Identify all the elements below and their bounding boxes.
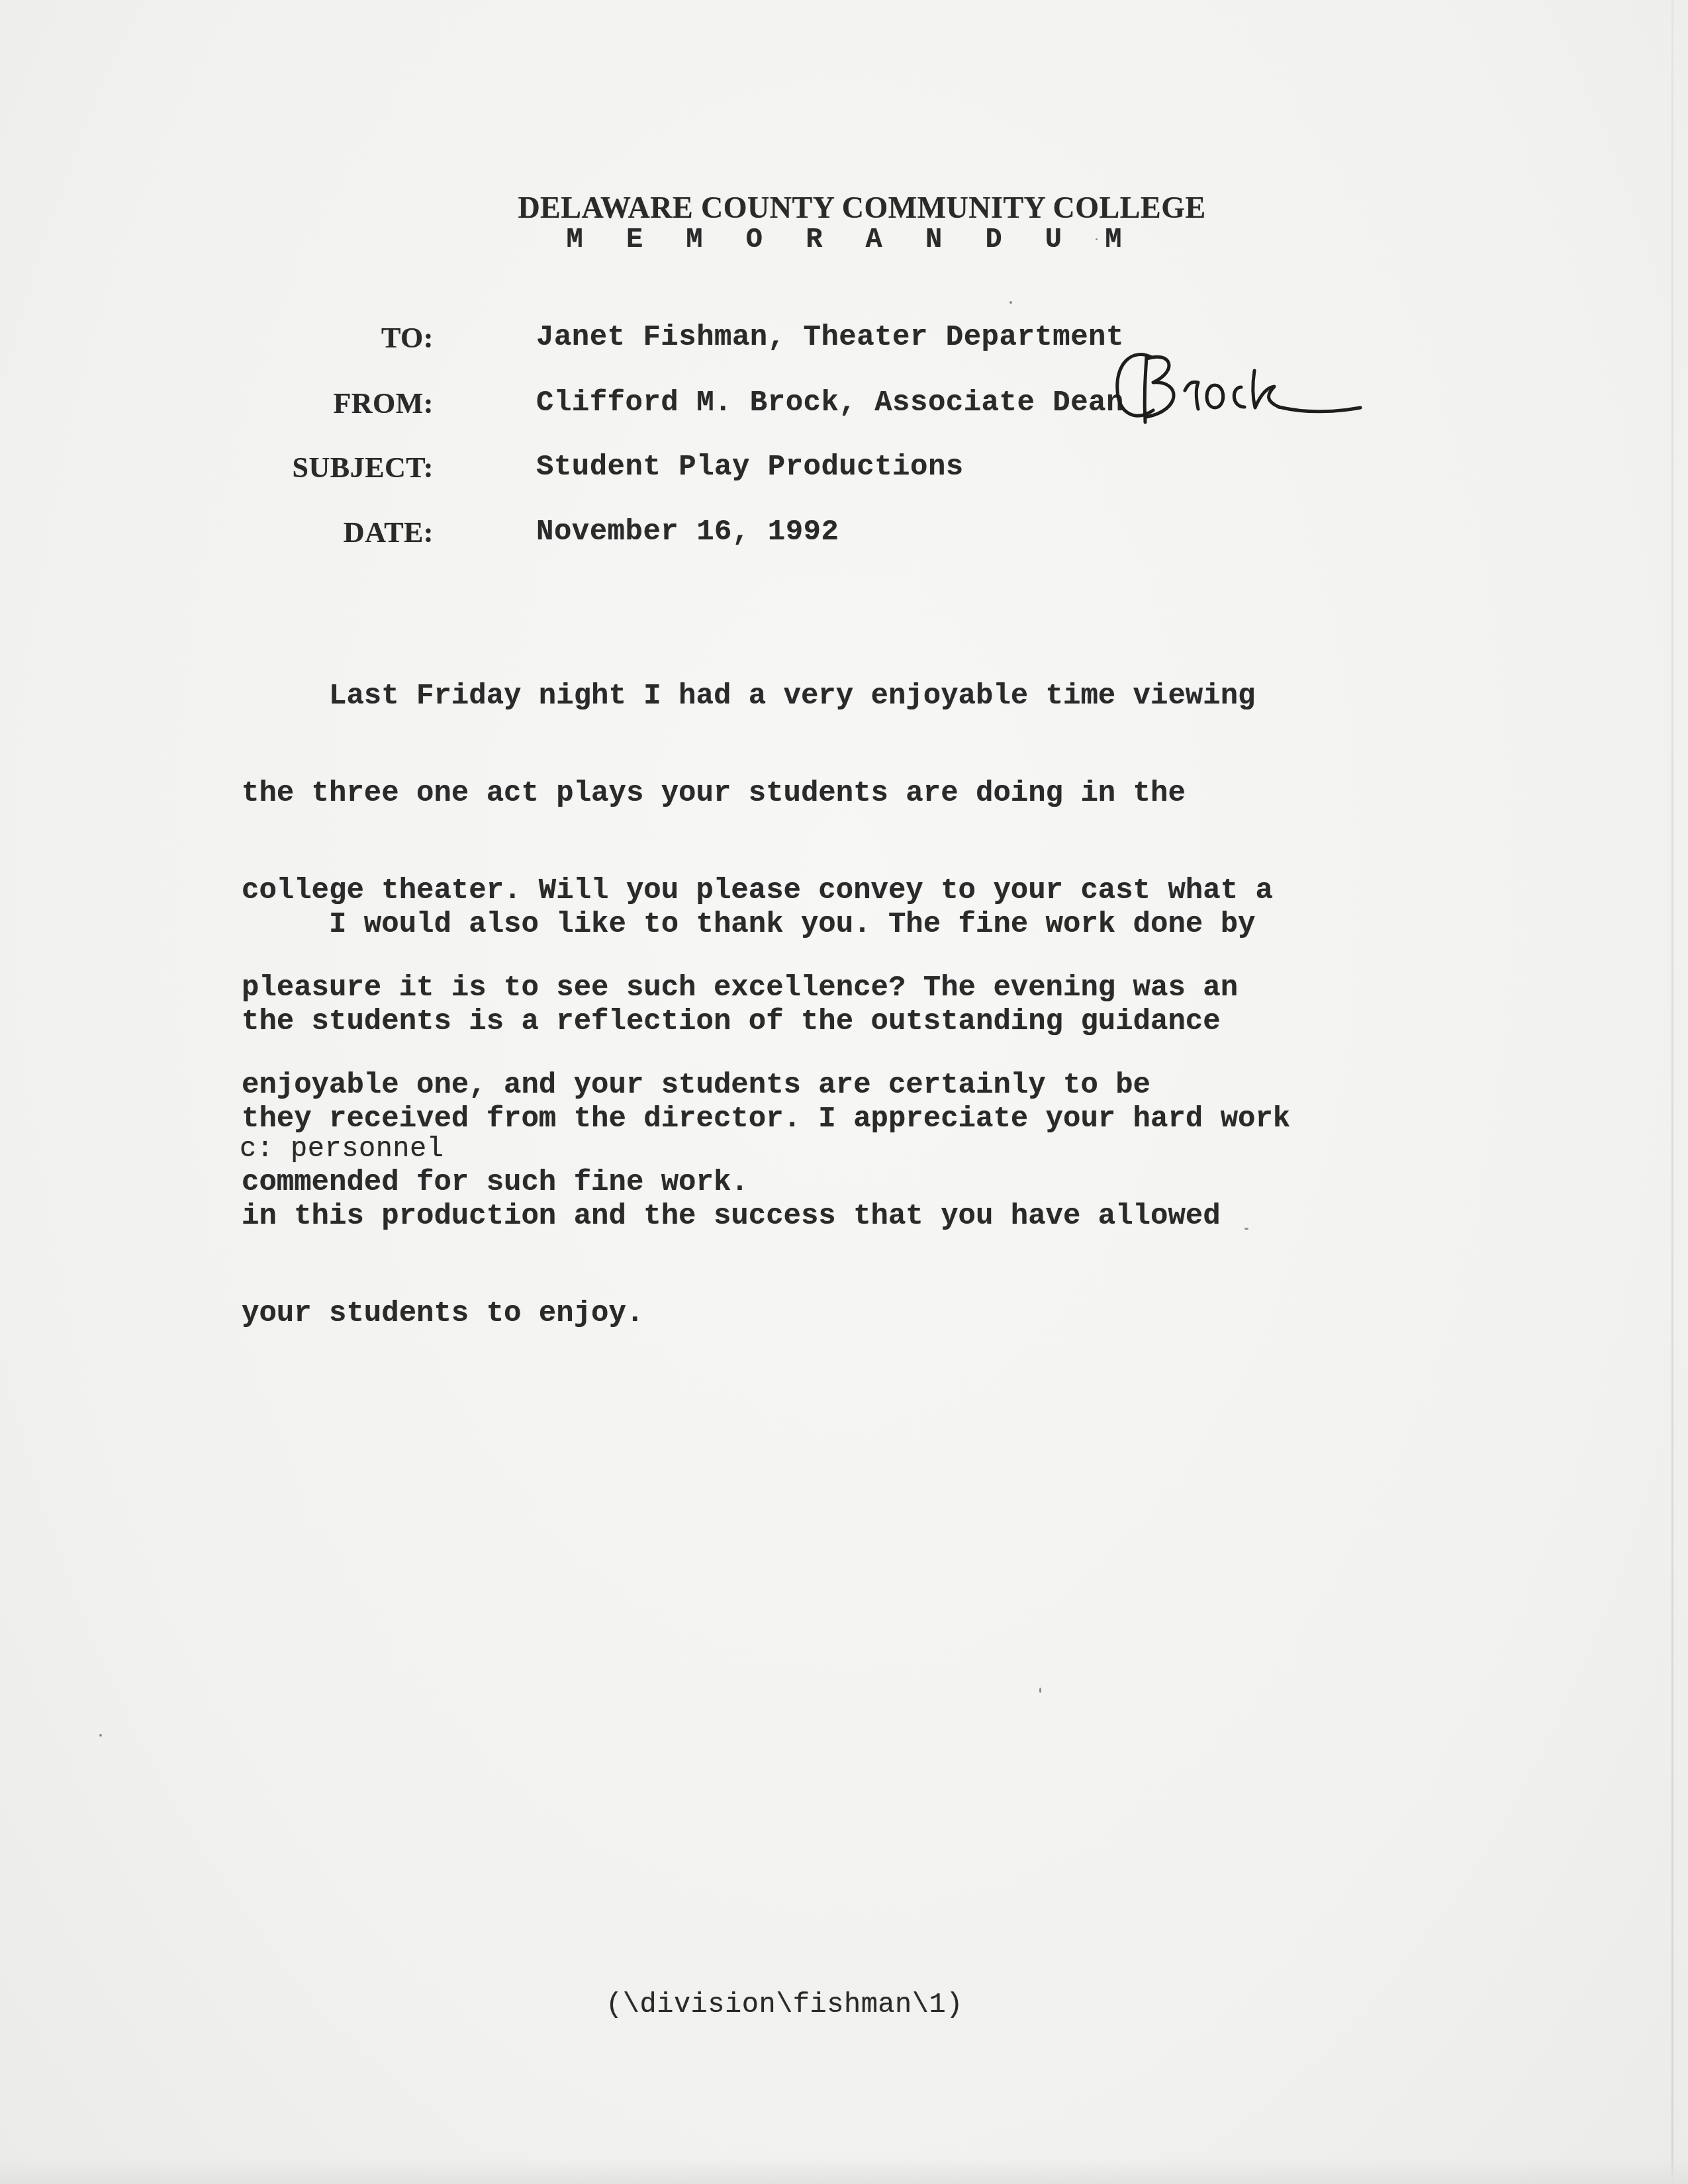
paragraph-line: the three one act plays your students ar… (242, 778, 1499, 810)
memo-title: M E M O R A N D U M (7, 224, 1688, 256)
paragraph-line: in this production and the success that … (242, 1201, 1499, 1233)
page-bottom-shadow (0, 2158, 1688, 2184)
scan-speck (1244, 1228, 1248, 1230)
subject-label: SUBJECT: (293, 451, 434, 484)
paragraph-line: Last Friday night I had a very enjoyable… (242, 680, 1499, 713)
subject-value: Student Play Productions (536, 451, 964, 484)
handwritten-signature (1105, 344, 1370, 430)
scan-speck (99, 1734, 102, 1737)
paragraph-line: they received from the director. I appre… (242, 1103, 1499, 1136)
body-paragraph-2: I would also like to thank you. The fine… (242, 844, 1499, 1395)
to-value: Janet Fishman, Theater Department (536, 322, 1124, 354)
scan-speck (1039, 1688, 1041, 1693)
to-label: TO: (381, 322, 434, 354)
page-edge-shadow (1671, 0, 1673, 2184)
paragraph-line: the students is a reflection of the outs… (242, 1006, 1499, 1038)
file-reference-footer: (\division\fishman\1) (0, 1989, 1628, 2021)
scan-speck (1009, 301, 1012, 304)
paragraph-line: your students to enjoy. (242, 1298, 1499, 1330)
institution-name: DELAWARE COUNTY COMMUNITY COLLEGE (518, 191, 1205, 224)
carbon-copy-line: c: personnel (240, 1133, 444, 1165)
memo-page: DELAWARE COUNTY COMMUNITY COLLEGE M E M … (0, 0, 1688, 2184)
scan-speck (1096, 238, 1098, 240)
paragraph-line: I would also like to thank you. The fine… (242, 909, 1499, 941)
from-label: FROM: (333, 387, 434, 420)
from-value: Clifford M. Brock, Associate Dean (536, 387, 1124, 420)
date-value: November 16, 1992 (536, 516, 839, 549)
date-label: DATE: (344, 516, 434, 549)
